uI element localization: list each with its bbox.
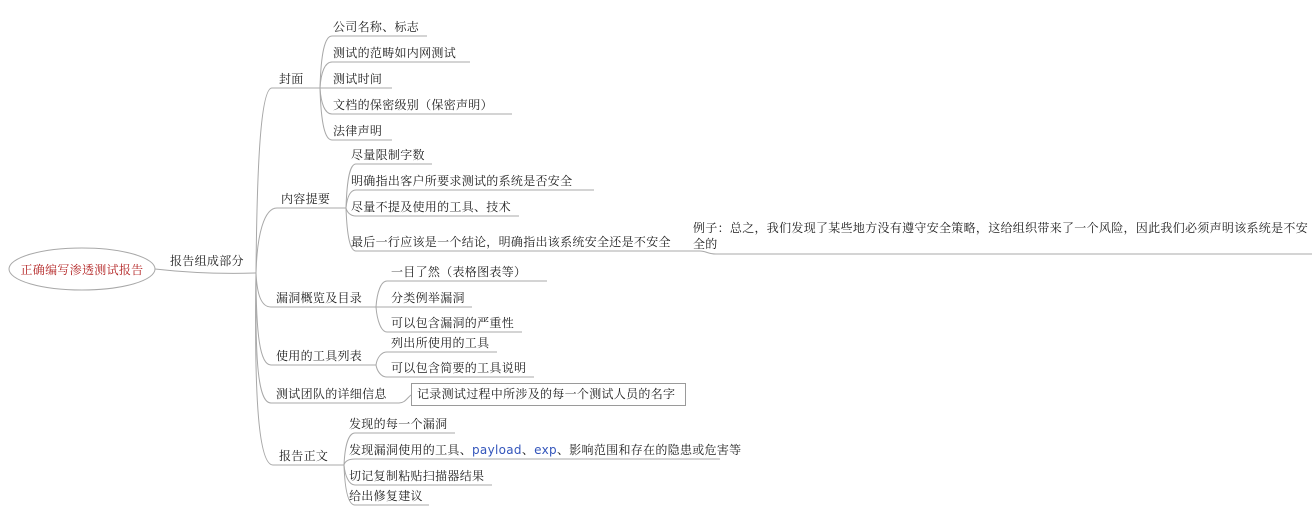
vuln-details-text-3: 、影响范围和存在的隐患或危害等 <box>557 443 742 457</box>
leaf-confidentiality[interactable]: 文档的保密级别（保密声明） <box>333 98 493 112</box>
leaf-vuln-details[interactable]: 发现漏洞使用的工具、payload、exp、影响范围和存在的隐患或危害等 <box>349 443 741 457</box>
leaf-categorize-vulns[interactable]: 分类例举漏洞 <box>391 291 465 305</box>
leaf-list-tools[interactable]: 列出所使用的工具 <box>391 336 489 350</box>
leaf-limit-words[interactable]: 尽量限制字数 <box>351 148 425 162</box>
branch-tools-list[interactable]: 使用的工具列表 <box>276 349 362 363</box>
branch-summary[interactable]: 内容提要 <box>281 192 330 206</box>
leaf-test-time[interactable]: 测试时间 <box>333 72 382 86</box>
leaf-at-a-glance[interactable]: 一目了然（表格图表等） <box>391 265 526 279</box>
leaf-state-secure[interactable]: 明确指出客户所要求测试的系统是否安全 <box>351 174 572 188</box>
leaf-test-scope[interactable]: 测试的范畴如内网测试 <box>333 46 456 60</box>
leaf-conclusion-example[interactable]: 例子：总之，我们发现了某些地方没有遵守安全策略，这给组织带来了一个风险，因此我们… <box>693 220 1313 254</box>
leaf-tool-description[interactable]: 可以包含简要的工具说明 <box>391 361 526 375</box>
vuln-details-text-2: 、 <box>522 443 534 457</box>
leaf-company-name-logo[interactable]: 公司名称、标志 <box>333 20 419 34</box>
keyword-exp: exp <box>534 443 557 457</box>
mindmap-canvas: 正确编写渗透测试报告 报告组成部分 封面 内容提要 漏洞概览及目录 使用的工具列… <box>0 0 1314 520</box>
branch-vuln-overview[interactable]: 漏洞概览及目录 <box>276 291 362 305</box>
leaf-fix-suggestions[interactable]: 给出修复建议 <box>349 489 423 503</box>
branch-cover[interactable]: 封面 <box>279 72 304 86</box>
keyword-payload: payload <box>472 443 522 457</box>
leaf-vuln-severity[interactable]: 可以包含漏洞的严重性 <box>391 316 514 330</box>
branch-report-body[interactable]: 报告正文 <box>279 449 328 463</box>
root-topic[interactable]: 正确编写渗透测试报告 <box>10 250 154 288</box>
leaf-tester-names-box[interactable]: 记录测试过程中所涉及的每一个测试人员的名字 <box>411 383 686 406</box>
main-topic[interactable]: 报告组成部分 <box>170 254 244 268</box>
branch-team-info[interactable]: 测试团队的详细信息 <box>276 387 387 401</box>
leaf-no-tools-mention[interactable]: 尽量不提及使用的工具、技术 <box>351 200 511 214</box>
leaf-each-vuln[interactable]: 发现的每一个漏洞 <box>349 417 447 431</box>
leaf-legal-statement[interactable]: 法律声明 <box>333 124 382 138</box>
leaf-last-line-conclusion[interactable]: 最后一行应该是一个结论，明确指出该系统安全还是不安全 <box>351 235 671 249</box>
vuln-details-text-1: 发现漏洞使用的工具、 <box>349 443 472 457</box>
leaf-no-scanner-paste[interactable]: 切记复制粘贴扫描器结果 <box>349 469 484 483</box>
